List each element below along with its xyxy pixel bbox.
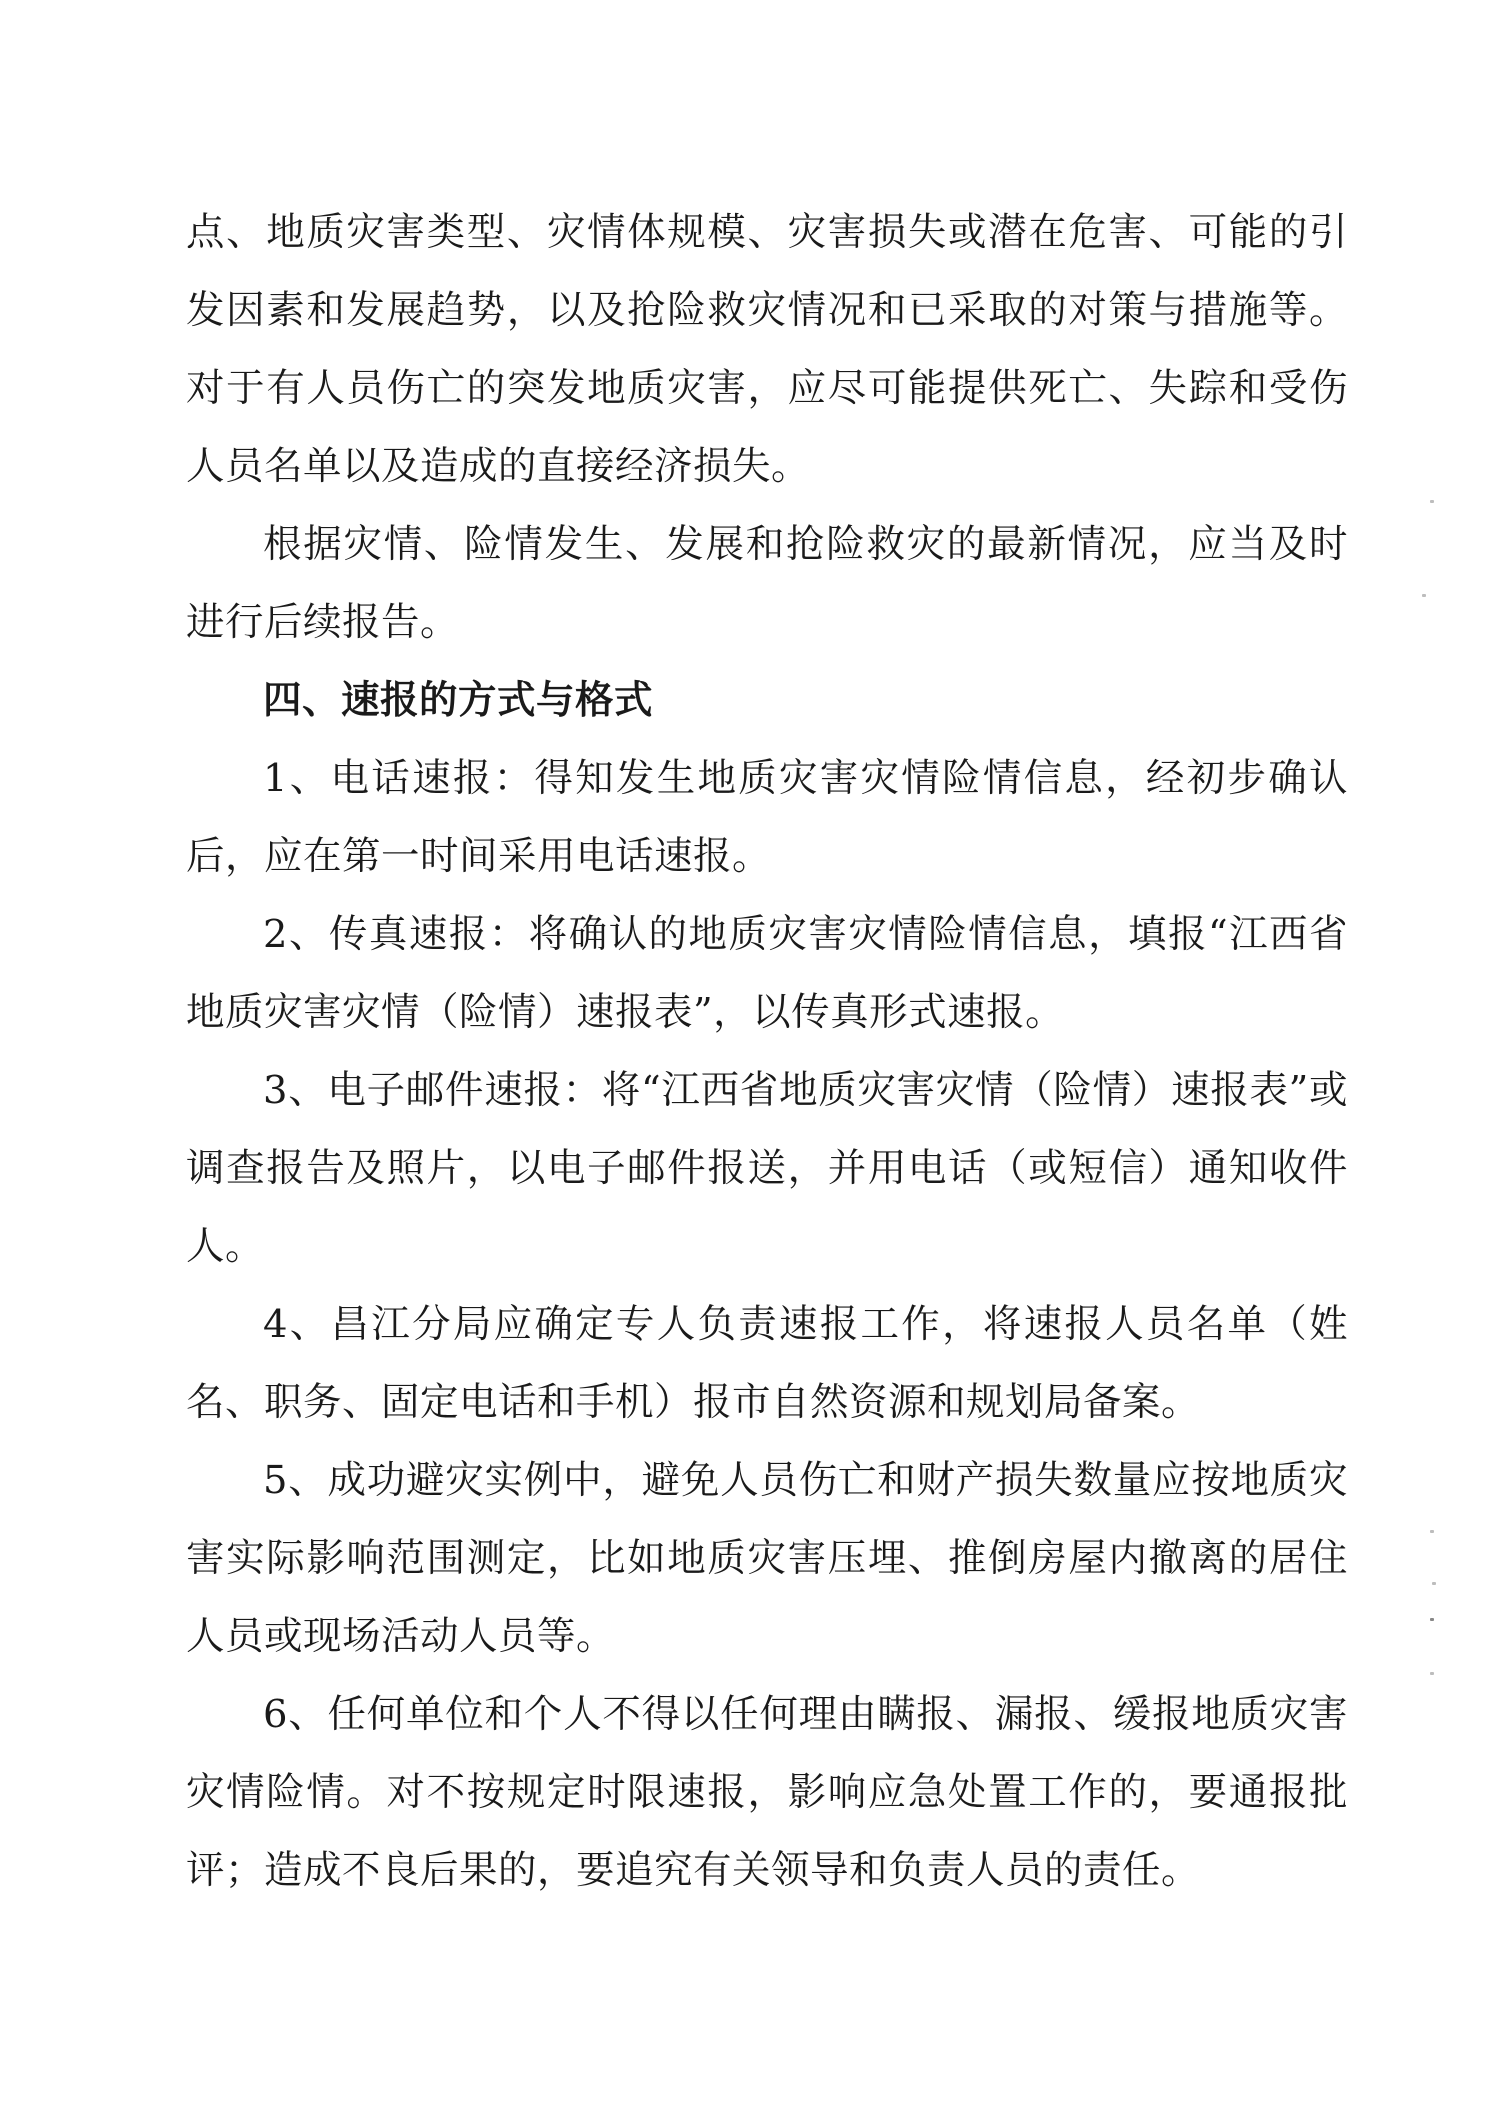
paragraph-item-6: 6、任何单位和个人不得以任何理由瞒报、漏报、缓报地质灾害灾情险情。对不按规定时限… <box>186 1676 1348 1910</box>
section-heading: 四、速报的方式与格式 <box>186 662 1348 740</box>
scan-artifact <box>1432 1582 1436 1585</box>
scan-artifact <box>1430 1530 1434 1533</box>
scan-artifact <box>1430 1672 1434 1675</box>
paragraph-item-5: 5、成功避灾实例中，避免人员伤亡和财产损失数量应按地质灾害实际影响范围测定，比如… <box>186 1442 1348 1676</box>
paragraph-item-1: 1、电话速报：得知发生地质灾害灾情险情信息，经初步确认后，应在第一时间采用电话速… <box>186 740 1348 896</box>
paragraph-continuation: 点、地质灾害类型、灾情体规模、灾害损失或潜在危害、可能的引发因素和发展趋势，以及… <box>186 194 1348 506</box>
scan-artifact <box>1422 594 1426 597</box>
document-page: 点、地质灾害类型、灾情体规模、灾害损失或潜在危害、可能的引发因素和发展趋势，以及… <box>0 0 1487 2102</box>
paragraph-follow-up-report: 根据灾情、险情发生、发展和抢险救灾的最新情况，应当及时进行后续报告。 <box>186 506 1348 662</box>
document-body: 点、地质灾害类型、灾情体规模、灾害损失或潜在危害、可能的引发因素和发展趋势，以及… <box>186 194 1348 1910</box>
scan-artifact <box>1430 1618 1434 1621</box>
scan-artifact <box>1430 500 1434 503</box>
paragraph-item-3: 3、电子邮件速报：将“江西省地质灾害灾情（险情）速报表”或调查报告及照片，以电子… <box>186 1052 1348 1286</box>
paragraph-item-2: 2、传真速报：将确认的地质灾害灾情险情信息，填报“江西省地质灾害灾情（险情）速报… <box>186 896 1348 1052</box>
paragraph-item-4: 4、昌江分局应确定专人负责速报工作，将速报人员名单（姓名、职务、固定电话和手机）… <box>186 1286 1348 1442</box>
